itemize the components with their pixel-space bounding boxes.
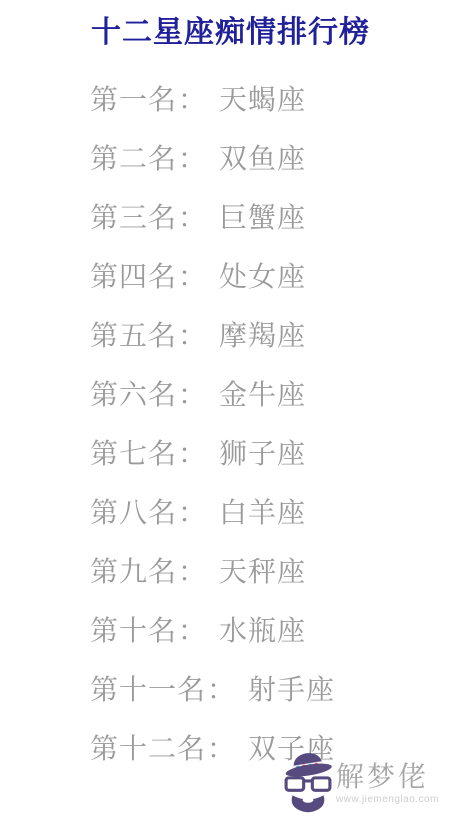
watermark: 解梦佬 www.jiemenglao.com (284, 751, 439, 813)
zodiac-sign: 双鱼座 (219, 143, 306, 174)
ranking-list: 第一名：天蝎座 第二名：双鱼座 第三名：巨蟹座 第四名：处女座 第五名：摩羯座 … (90, 86, 335, 794)
rank-label: 第九名 (90, 556, 177, 587)
zodiac-sign: 天蝎座 (219, 84, 306, 115)
zodiac-sign: 巨蟹座 (219, 202, 306, 233)
zodiac-sign: 摩羯座 (219, 320, 306, 351)
watermark-url: www.jiemenglao.com (336, 794, 439, 805)
ranking-row: 第十名：水瓶座 (90, 617, 335, 645)
rank-separator: ： (178, 615, 207, 646)
watermark-brand: 解梦佬 (336, 763, 439, 791)
rank-separator: ： (178, 379, 207, 410)
ranking-row: 第九名：天秤座 (90, 558, 335, 586)
page-title: 十二星座痴情排行榜 (91, 16, 370, 50)
watermark-text: 解梦佬 www.jiemenglao.com (336, 763, 439, 805)
rank-label: 第十名 (90, 615, 177, 646)
rank-label: 第十一名 (90, 674, 206, 705)
ranking-row: 第四名：处女座 (90, 263, 335, 291)
ranking-row: 第六名：金牛座 (90, 381, 335, 409)
rank-label: 第十二名 (90, 733, 206, 764)
zodiac-sign: 天秤座 (219, 556, 306, 587)
rank-label: 第二名 (90, 143, 177, 174)
ranking-row: 第五名：摩羯座 (90, 322, 335, 350)
rank-label: 第六名 (90, 379, 177, 410)
zodiac-sign: 处女座 (219, 261, 306, 292)
ranking-row: 第一名：天蝎座 (90, 86, 335, 114)
rank-label: 第五名 (90, 320, 177, 351)
fortune-teller-mascot-icon (284, 751, 332, 813)
rank-separator: ： (178, 261, 207, 292)
zodiac-sign: 金牛座 (219, 379, 306, 410)
zodiac-sign: 白羊座 (219, 497, 306, 528)
rank-label: 第四名 (90, 261, 177, 292)
ranking-row: 第八名：白羊座 (90, 499, 335, 527)
rank-separator: ： (207, 674, 236, 705)
ranking-row: 第十一名：射手座 (90, 676, 335, 704)
rank-separator: ： (178, 84, 207, 115)
rank-separator: ： (178, 320, 207, 351)
rank-separator: ： (178, 556, 207, 587)
ranking-row: 第三名：巨蟹座 (90, 204, 335, 232)
rank-separator: ： (178, 438, 207, 469)
zodiac-sign: 水瓶座 (219, 615, 306, 646)
rank-label: 第八名 (90, 497, 177, 528)
zodiac-sign: 狮子座 (219, 438, 306, 469)
zodiac-sign: 射手座 (248, 674, 335, 705)
rank-separator: ： (178, 202, 207, 233)
rank-separator: ： (178, 143, 207, 174)
rank-label: 第七名 (90, 438, 177, 469)
ranking-row: 第七名：狮子座 (90, 440, 335, 468)
ranking-row: 第二名：双鱼座 (90, 145, 335, 173)
rank-separator: ： (207, 733, 236, 764)
rank-label: 第三名 (90, 202, 177, 233)
rank-separator: ： (178, 497, 207, 528)
rank-label: 第一名 (90, 84, 177, 115)
